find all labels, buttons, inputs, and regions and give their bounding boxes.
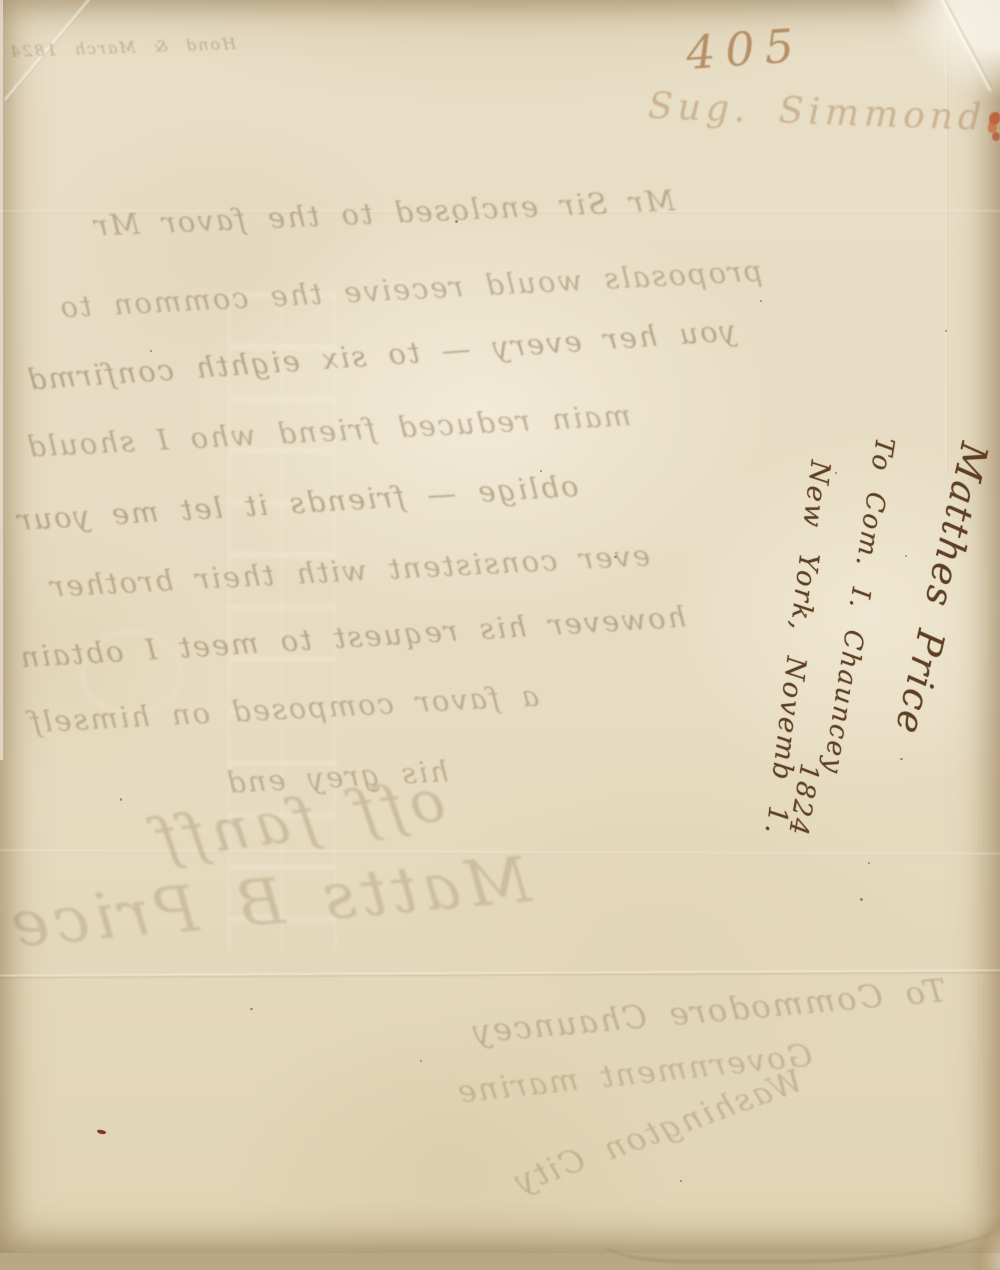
wax-seal-mark <box>984 108 1000 148</box>
wrinkle-bottom-corner <box>940 1180 1000 1253</box>
docket-name: Matthes Price <box>886 438 995 739</box>
ink-speck-red <box>97 1129 107 1135</box>
bleedthrough-line: ever consistent with their brother <box>48 538 651 603</box>
paper-speck <box>905 555 907 557</box>
fold-crease-right-vertical <box>945 0 949 470</box>
paper-speck <box>760 300 762 302</box>
paper-speck <box>120 798 122 801</box>
bleedthrough-line: Mr Sir enclosed to the favor Mr <box>92 183 676 242</box>
bleedthrough-line: main reduced friend who I should <box>25 398 632 464</box>
paper-speck <box>250 1008 253 1010</box>
bleedthrough-line: you her every — to six eighth confirmd <box>25 313 737 397</box>
ink-spatter-dot <box>868 862 870 864</box>
ink-spatter-dot <box>900 758 903 760</box>
page-number: 405 <box>684 18 805 80</box>
paper-speck <box>860 898 863 901</box>
paper-speck <box>680 1180 682 1182</box>
bleedthrough-line: oblige — friends it let me your <box>14 469 579 537</box>
paper-speck <box>150 350 152 352</box>
bleedthrough-line: a favor composed on himself <box>27 679 539 740</box>
top-note: Sug. Simmond <box>647 86 986 139</box>
fold-crease-lower <box>0 969 1000 979</box>
tear-line-top-right <box>937 0 994 92</box>
letter-paper: 405 Sug. Simmond Hond & March 1824 Mr Si… <box>0 0 1000 1253</box>
wrinkle-bottom-right <box>600 1150 1000 1253</box>
bleedthrough-line: however his request to meet I obtain <box>18 600 687 675</box>
paper-speck <box>420 1060 422 1062</box>
ink-spatter-dot <box>835 472 837 474</box>
bleedthrough-signature: Matts B Price <box>3 843 534 963</box>
paper-speck <box>945 330 947 332</box>
bleedthrough-header: Hond & March 1824 <box>8 34 237 61</box>
bleedthrough-line: proposals would receive the common to <box>58 254 764 325</box>
scan-edge-left <box>0 0 3 760</box>
bleedthrough-address-line: To Commodore Chauncey <box>469 971 947 1050</box>
